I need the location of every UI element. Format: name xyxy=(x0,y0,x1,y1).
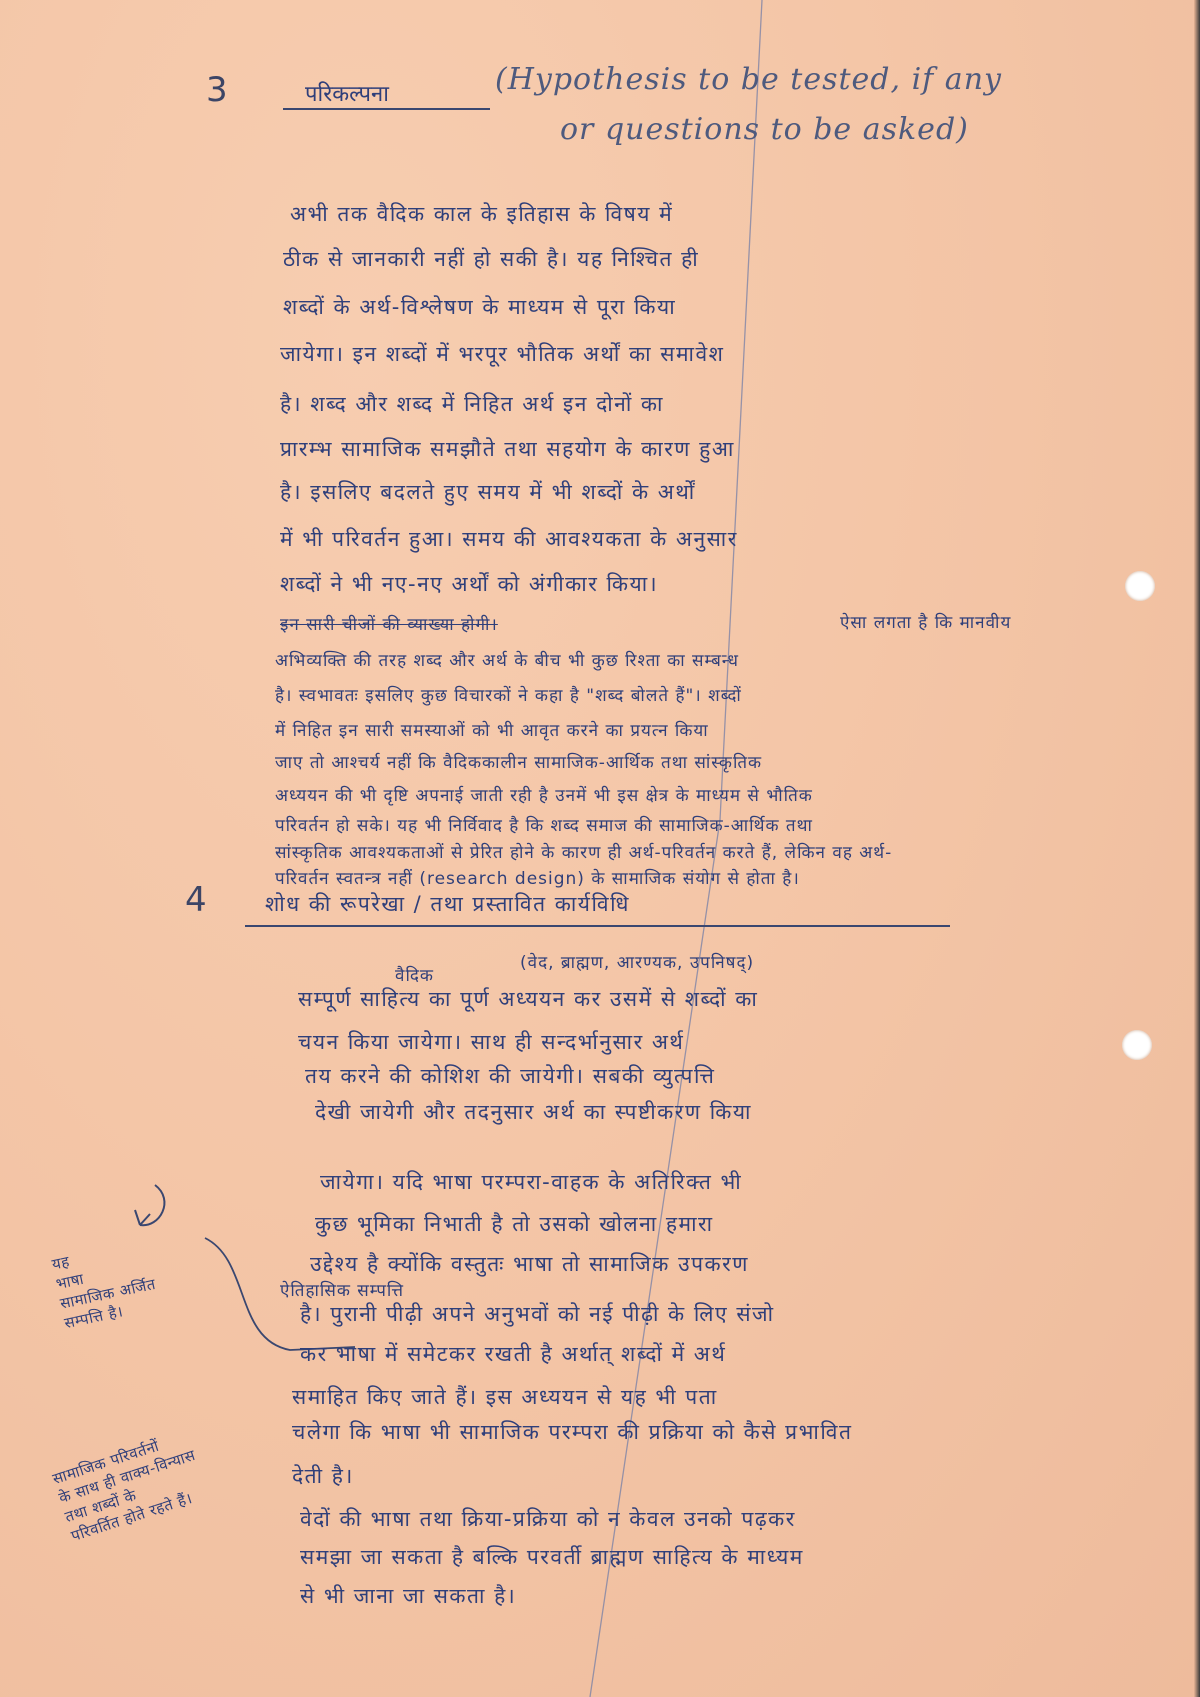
section-3-title-hindi: परिकल्पना xyxy=(305,78,389,108)
s4-line-11: चलेगा कि भाषा भी सामाजिक परम्परा की प्रक… xyxy=(292,1418,852,1446)
section-3-title-underline xyxy=(283,108,490,110)
s3-small-line-6: परिवर्तन हो सके। यह भी निर्विवाद है कि श… xyxy=(275,813,813,836)
s4-superscript-insert: ऐतिहासिक सम्पत्ति xyxy=(280,1278,404,1301)
margin-note-2: सामाजिक परिवर्तनों के साथ ही वाक्य-विन्य… xyxy=(50,1426,210,1546)
section-4-number: 4 xyxy=(185,880,207,920)
s3-line-4: जायेगा। इन शब्दों में भरपूर भौतिक अर्थों… xyxy=(280,340,724,368)
s4-line-7: उद्देश्य है क्योंकि वस्तुतः भाषा तो सामा… xyxy=(310,1250,749,1278)
s4-line-1: सम्पूर्ण साहित्य का पूर्ण अध्ययन कर उसमे… xyxy=(298,985,758,1013)
s3-line-1: अभी तक वैदिक काल के इतिहास के विषय में xyxy=(290,200,673,228)
s4-insertion-vedic: वैदिक xyxy=(395,963,434,986)
s4-line-10: समाहित किए जाते हैं। इस अध्ययन से यह भी … xyxy=(292,1383,718,1411)
s3-small-line-8: परिवर्तन स्वतन्त्र नहीं (research design… xyxy=(275,866,800,889)
section-3-title-english-line1: (Hypothesis to be tested, if any xyxy=(495,62,1002,97)
section-3-title-english-line2: or questions to be asked) xyxy=(560,112,969,147)
s4-line-15: से भी जाना जा सकता है। xyxy=(300,1582,516,1610)
manuscript-page: 3 परिकल्पना (Hypothesis to be tested, if… xyxy=(0,0,1200,1697)
s3-line-5: है। शब्द और शब्द में निहित अर्थ इन दोनों… xyxy=(280,390,664,418)
s4-insertion-list: (वेद, ब्राह्मण, आरण्यक, उपनिषद्) xyxy=(520,950,754,973)
section-4-title-hindi: शोध की रूपरेखा / तथा प्रस्तावित कार्यविध… xyxy=(265,890,630,918)
s3-small-line-2: है। स्वभावतः इसलिए कुछ विचारकों ने कहा ह… xyxy=(275,683,742,706)
s3-line-8: में भी परिवर्तन हुआ। समय की आवश्यकता के … xyxy=(280,525,738,553)
s3-line-3: शब्दों के अर्थ-विश्लेषण के माध्यम से पूर… xyxy=(283,293,676,321)
section-3-number: 3 xyxy=(206,70,228,110)
s4-line-4: देखी जायेगी और तदनुसार अर्थ का स्पष्टीकर… xyxy=(315,1098,752,1126)
s3-struck-line: इन सारी चीजों की व्याख्या होगी। xyxy=(280,612,498,635)
s4-line-12: देती है। xyxy=(292,1462,354,1490)
s3-small-line-3: में निहित इन सारी समस्याओं को भी आवृत कर… xyxy=(275,718,709,741)
s4-line-2: चयन किया जायेगा। साथ ही सन्दर्भानुसार अर… xyxy=(298,1028,684,1056)
s4-line-8: है। पुरानी पीढ़ी अपने अनुभवों को नई पीढ़… xyxy=(300,1300,775,1328)
s3-continuation-tail: ऐसा लगता है कि मानवीय xyxy=(840,610,1011,633)
s4-line-5: जायेगा। यदि भाषा परम्परा-वाहक के अतिरिक्… xyxy=(320,1168,742,1196)
s3-small-line-7: सांस्कृतिक आवश्यकताओं से प्रेरित होने के… xyxy=(275,840,892,863)
s4-line-3: तय करने की कोशिश की जायेगी। सबकी व्युत्प… xyxy=(305,1062,715,1090)
s3-line-6: प्रारम्भ सामाजिक समझौते तथा सहयोग के कार… xyxy=(280,435,735,463)
s3-small-line-5: अध्ययन की भी दृष्टि अपनाई जाती रही है उन… xyxy=(275,783,813,806)
s4-line-6: कुछ भूमिका निभाती है तो उसको खोलना हमारा xyxy=(315,1210,714,1238)
s4-line-14: समझा जा सकता है बल्कि परवर्ती ब्राह्मण स… xyxy=(300,1543,804,1571)
s3-small-line-1: अभिव्यक्ति की तरह शब्द और अर्थ के बीच भी… xyxy=(275,648,739,671)
s3-small-line-4: जाए तो आश्चर्य नहीं कि वैदिककालीन सामाजि… xyxy=(275,750,762,773)
s3-line-2: ठीक से जानकारी नहीं हो सकी है। यह निश्चि… xyxy=(283,245,699,273)
page-edge-shadow xyxy=(1194,0,1200,1697)
s3-line-9: शब्दों ने भी नए-नए अर्थों को अंगीकार किय… xyxy=(280,570,658,598)
s4-line-9: कर भाषा में समेटकर रखती है अर्थात् शब्दो… xyxy=(300,1340,726,1368)
punch-hole-top xyxy=(1125,571,1155,601)
margin-note-1: यह भाषा सामाजिक अर्जित सम्पत्ति है। xyxy=(50,1235,162,1333)
section-4-title-underline xyxy=(245,925,950,927)
punch-hole-bottom xyxy=(1122,1030,1152,1060)
s3-line-7: है। इसलिए बदलते हुए समय में भी शब्दों के… xyxy=(280,478,696,506)
s4-line-13: वेदों की भाषा तथा क्रिया-प्रक्रिया को न … xyxy=(300,1505,796,1533)
